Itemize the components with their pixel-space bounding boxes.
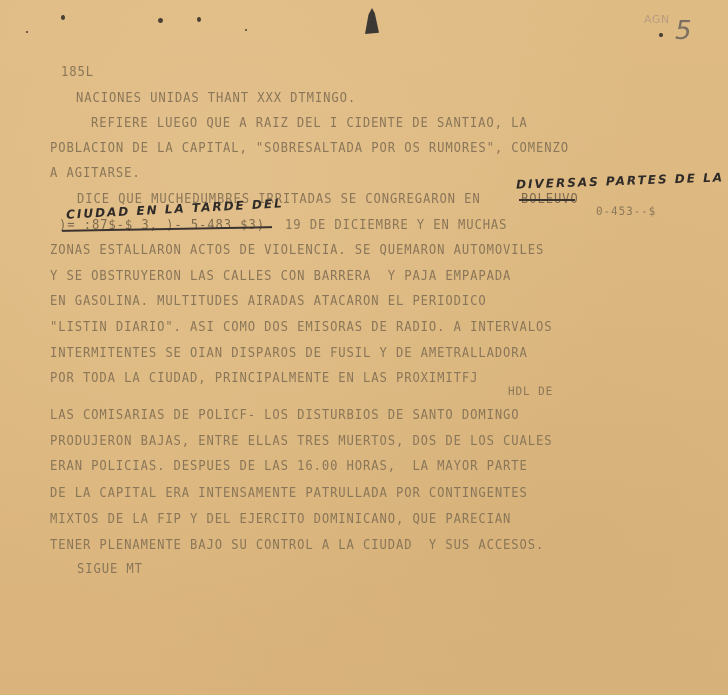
body-line-3: POBLACION DE LA CAPITAL, "SOBRESALTADA P… [50,140,569,155]
body-line-19: TENER PLENAMENTE BAJO SU CONTROL A LA CI… [50,537,544,552]
body-line-10: "LISTIN DIARIO". ASI COMO DOS EMISORAS D… [50,319,553,334]
body-line-7: ZONAS ESTALLARON ACTOS DE VIOLENCIA. SE … [50,242,544,257]
body-line-4: A AGITARSE. [50,165,141,180]
body-line-17: DE LA CAPITAL ERA INTENSAMENTE PATRULLAD… [50,485,528,500]
page-number-dot [659,33,663,37]
body-line-11: INTERMITENTES SE OIAN DISPAROS DE FUSIL … [50,345,528,360]
strikethrough-mark [519,199,575,201]
body-line-1: NACIONES UNIDAS THANT XXX DTMINGO. [76,90,356,105]
handwritten-annotation-1: DIVERSAS PARTES DE LA [516,170,724,191]
body-line-12: POR TODA LA CIUDAD, PRINCIPALMENTE EN LA… [50,370,478,385]
message-id: 185L [61,64,94,79]
margin-code: 0-453--$ [596,204,656,219]
ink-speck [26,31,28,33]
ink-speck [197,17,201,22]
archive-stamp: AGN [644,13,670,26]
body-line-13: HDL DE [508,384,553,399]
body-line-15: PRODUJERON BAJAS, ENTRE ELLAS TRES MUERT… [50,433,553,448]
body-line-14: LAS COMISARIAS DE POLICF- LOS DISTURBIOS… [50,407,520,422]
body-line-8: Y SE OBSTRUYERON LAS CALLES CON BARRERA … [50,268,511,283]
typewritten-document-page: AGN 5 185L NACIONES UNIDAS THANT XXX DTM… [0,0,728,695]
body-line-2: REFIERE LUEGO QUE A RAIZ DEL I CIDENTE D… [91,115,528,130]
body-line-6: 19 DE DICIEMBRE Y EN MUCHAS [285,217,507,232]
page-number: 5 [675,16,692,46]
ink-speck [245,29,247,31]
body-line-18: MIXTOS DE LA FIP Y DEL EJERCITO DOMINICA… [50,511,511,526]
body-line-16: ERAN POLICIAS. DESPUES DE LAS 16.00 HORA… [50,458,528,473]
sign-off: SIGUE MT [77,561,143,576]
ink-speck [158,18,163,23]
body-line-9: EN GASOLINA. MULTITUDES AIRADAS ATACARON… [50,293,487,308]
ink-speck [61,15,65,20]
ink-blot [365,8,379,34]
